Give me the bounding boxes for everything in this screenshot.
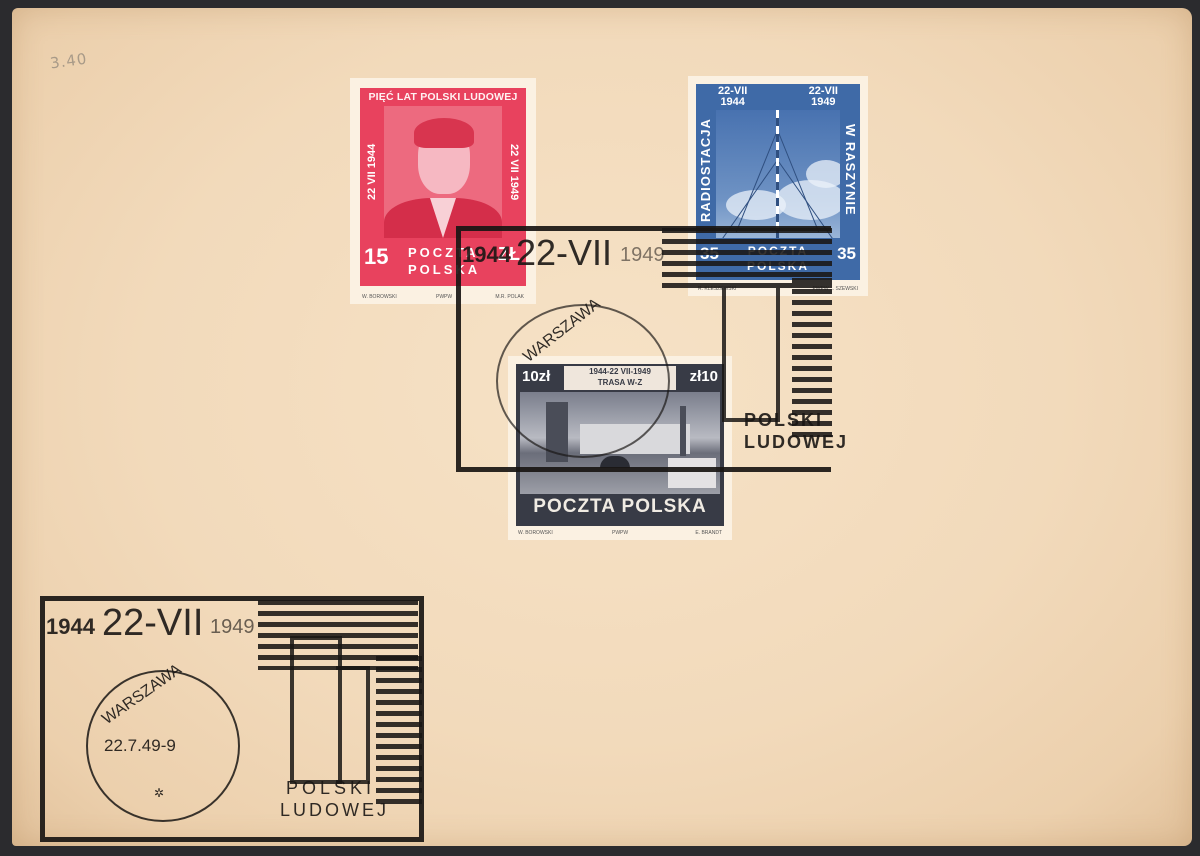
stamp-side-right: 22 VII 1949 — [505, 110, 523, 234]
stamp-designer: W. BOROWSKI — [362, 294, 397, 300]
postmark-circle — [496, 304, 670, 458]
stamp-value: 15 — [364, 244, 388, 270]
cancel-slogan-1: POLSKI — [744, 410, 823, 431]
stamp-value-right: 35 — [837, 244, 856, 264]
cancellation-bottom-left: 1944 22-VII 1949 WARSZAWA 22.7.49-9 ✲ PO… — [36, 576, 428, 838]
stamp-side-left: 22 VII 1944 — [363, 110, 381, 234]
postmark-date: 22.7.49-9 — [104, 736, 176, 756]
cancel-slogan-2: LUDOWEJ — [280, 800, 389, 821]
postmark-star-icon: ✲ — [154, 786, 164, 800]
stamp-designer: W. BOROWSKI — [518, 530, 553, 536]
stamp-printer: PWPW — [436, 294, 452, 300]
stamp-engraver: E. BRANDT — [695, 530, 722, 536]
cancellation-over-stamps: 1944 22-VII 1949 WARSZAWA POLSKI LUDOWEJ — [452, 218, 836, 472]
cancel-year-end: 1949 — [620, 244, 665, 267]
date-right: 22-VII 1949 — [809, 86, 838, 108]
stamp-footer: POCZTA POLSKA — [516, 496, 724, 518]
cancel-slogan-1: POLSKI — [286, 778, 375, 799]
cancel-year-end: 1949 — [210, 616, 255, 639]
date-left: 22-VII 1944 — [718, 86, 747, 108]
cancel-year-start: 1944 — [462, 242, 511, 268]
cancel-year-start: 1944 — [46, 614, 95, 640]
stamp-side-right: W RASZYNIE — [841, 92, 859, 248]
cancel-date: 22-VII — [516, 232, 612, 274]
pencil-price-note: 3.40 — [49, 49, 89, 72]
cancel-date: 22-VII — [102, 602, 203, 645]
cancel-slogan-2: LUDOWEJ — [744, 432, 848, 453]
stamp-printer: PWPW — [612, 530, 628, 536]
stamp-title: PIĘĆ LAT POLSKI LUDOWEJ — [360, 91, 526, 103]
